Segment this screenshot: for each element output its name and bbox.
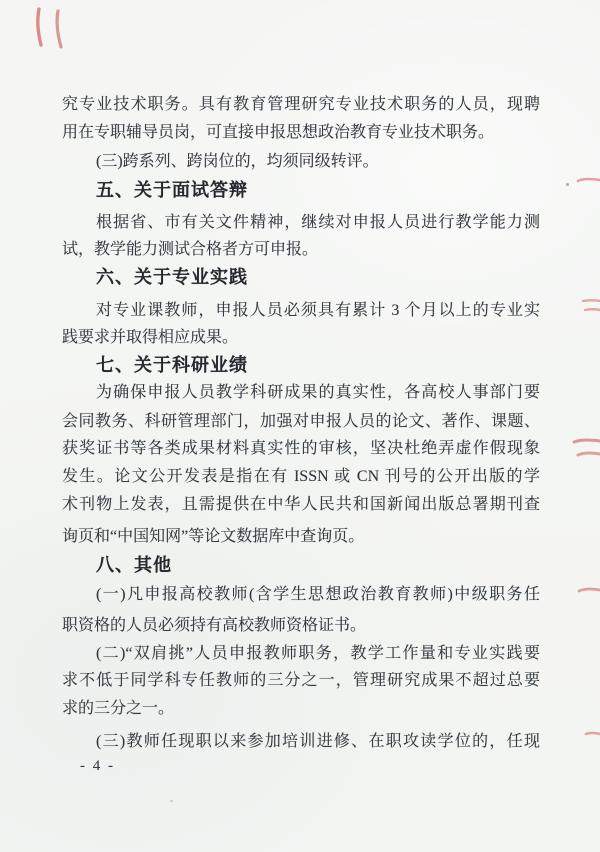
- text-line: 试，教学能力测试合格者方可申报。: [62, 240, 540, 260]
- scan-speck: [475, 387, 477, 389]
- text-line: (一)凡申报高校教师(含学生思想政治教育教师)中级职务任: [96, 585, 540, 605]
- text-line: 究专业技术职务。具有教育管理研究专业技术职务的人员，现聘: [62, 95, 540, 115]
- page-number: - 4 -: [80, 758, 115, 775]
- red-ink-mark-top-left: [28, 4, 76, 52]
- text-line: 会同教务、科研管理部门，加强对申报人员的论文、著作、课题、: [62, 412, 540, 432]
- red-ink-mark-margin: [580, 296, 600, 316]
- text-line: 根据省、市有关文件精神，继续对申报人员进行教学能力测: [96, 213, 540, 233]
- section-heading-7: 七、关于科研业绩: [96, 355, 248, 375]
- red-ink-mark-margin: [584, 726, 600, 742]
- text-line: 询页和“中国知网”等论文数据库中查询页。: [62, 527, 540, 547]
- text-line: 用在专职辅导员岗，可直接申报思想政治教育专业技术职务。: [62, 123, 540, 143]
- document-page: 究专业技术职务。具有教育管理研究专业技术职务的人员，现聘 用在专职辅导员岗，可直…: [0, 0, 600, 852]
- red-ink-mark-margin: [576, 580, 600, 600]
- text-line: 对专业课教师，申报人员必须具有累计 3 个月以上的专业实: [96, 301, 540, 321]
- text-line: 求的三分之一。: [62, 699, 540, 719]
- text-line: (三)教师任现职以来参加培训进修、在职攻读学位的，任现: [96, 732, 540, 752]
- text-line: (三)跨系列、跨岗位的，均须同级转评。: [96, 152, 540, 172]
- section-heading-6: 六、关于专业实践: [96, 267, 248, 287]
- text-line: 职资格的人员必须持有高校教师资格证书。: [62, 616, 540, 636]
- red-ink-mark-margin: [570, 434, 600, 464]
- scan-speck: [566, 183, 569, 186]
- text-line: 求不低于同学科专任教师的三分之一，管理研究成果不超过总要: [62, 671, 540, 691]
- text-line: 践要求并取得相应成果。: [62, 328, 540, 348]
- text-line: (二)“双肩挑”人员申报教师职务，教学工作量和专业实践要: [96, 644, 540, 664]
- text-line: 获奖证书等各类成果材料真实性的审核，坚决杜绝弄虚作假现象: [62, 439, 540, 459]
- scan-speck: [170, 800, 173, 802]
- red-ink-mark-margin: [576, 172, 600, 188]
- section-heading-5: 五、关于面试答辩: [96, 180, 248, 200]
- text-line: 术刊物上发表，且需提供在中华人民共和国新闻出版总署期刊查: [62, 495, 540, 515]
- text-line: 发生。论文公开发表是指在有 ISSN 或 CN 刊号的公开出版的学: [62, 467, 540, 487]
- section-heading-8: 八、其他: [96, 555, 172, 575]
- text-line: 为确保申报人员教学科研成果的真实性，各高校人事部门要: [96, 383, 540, 403]
